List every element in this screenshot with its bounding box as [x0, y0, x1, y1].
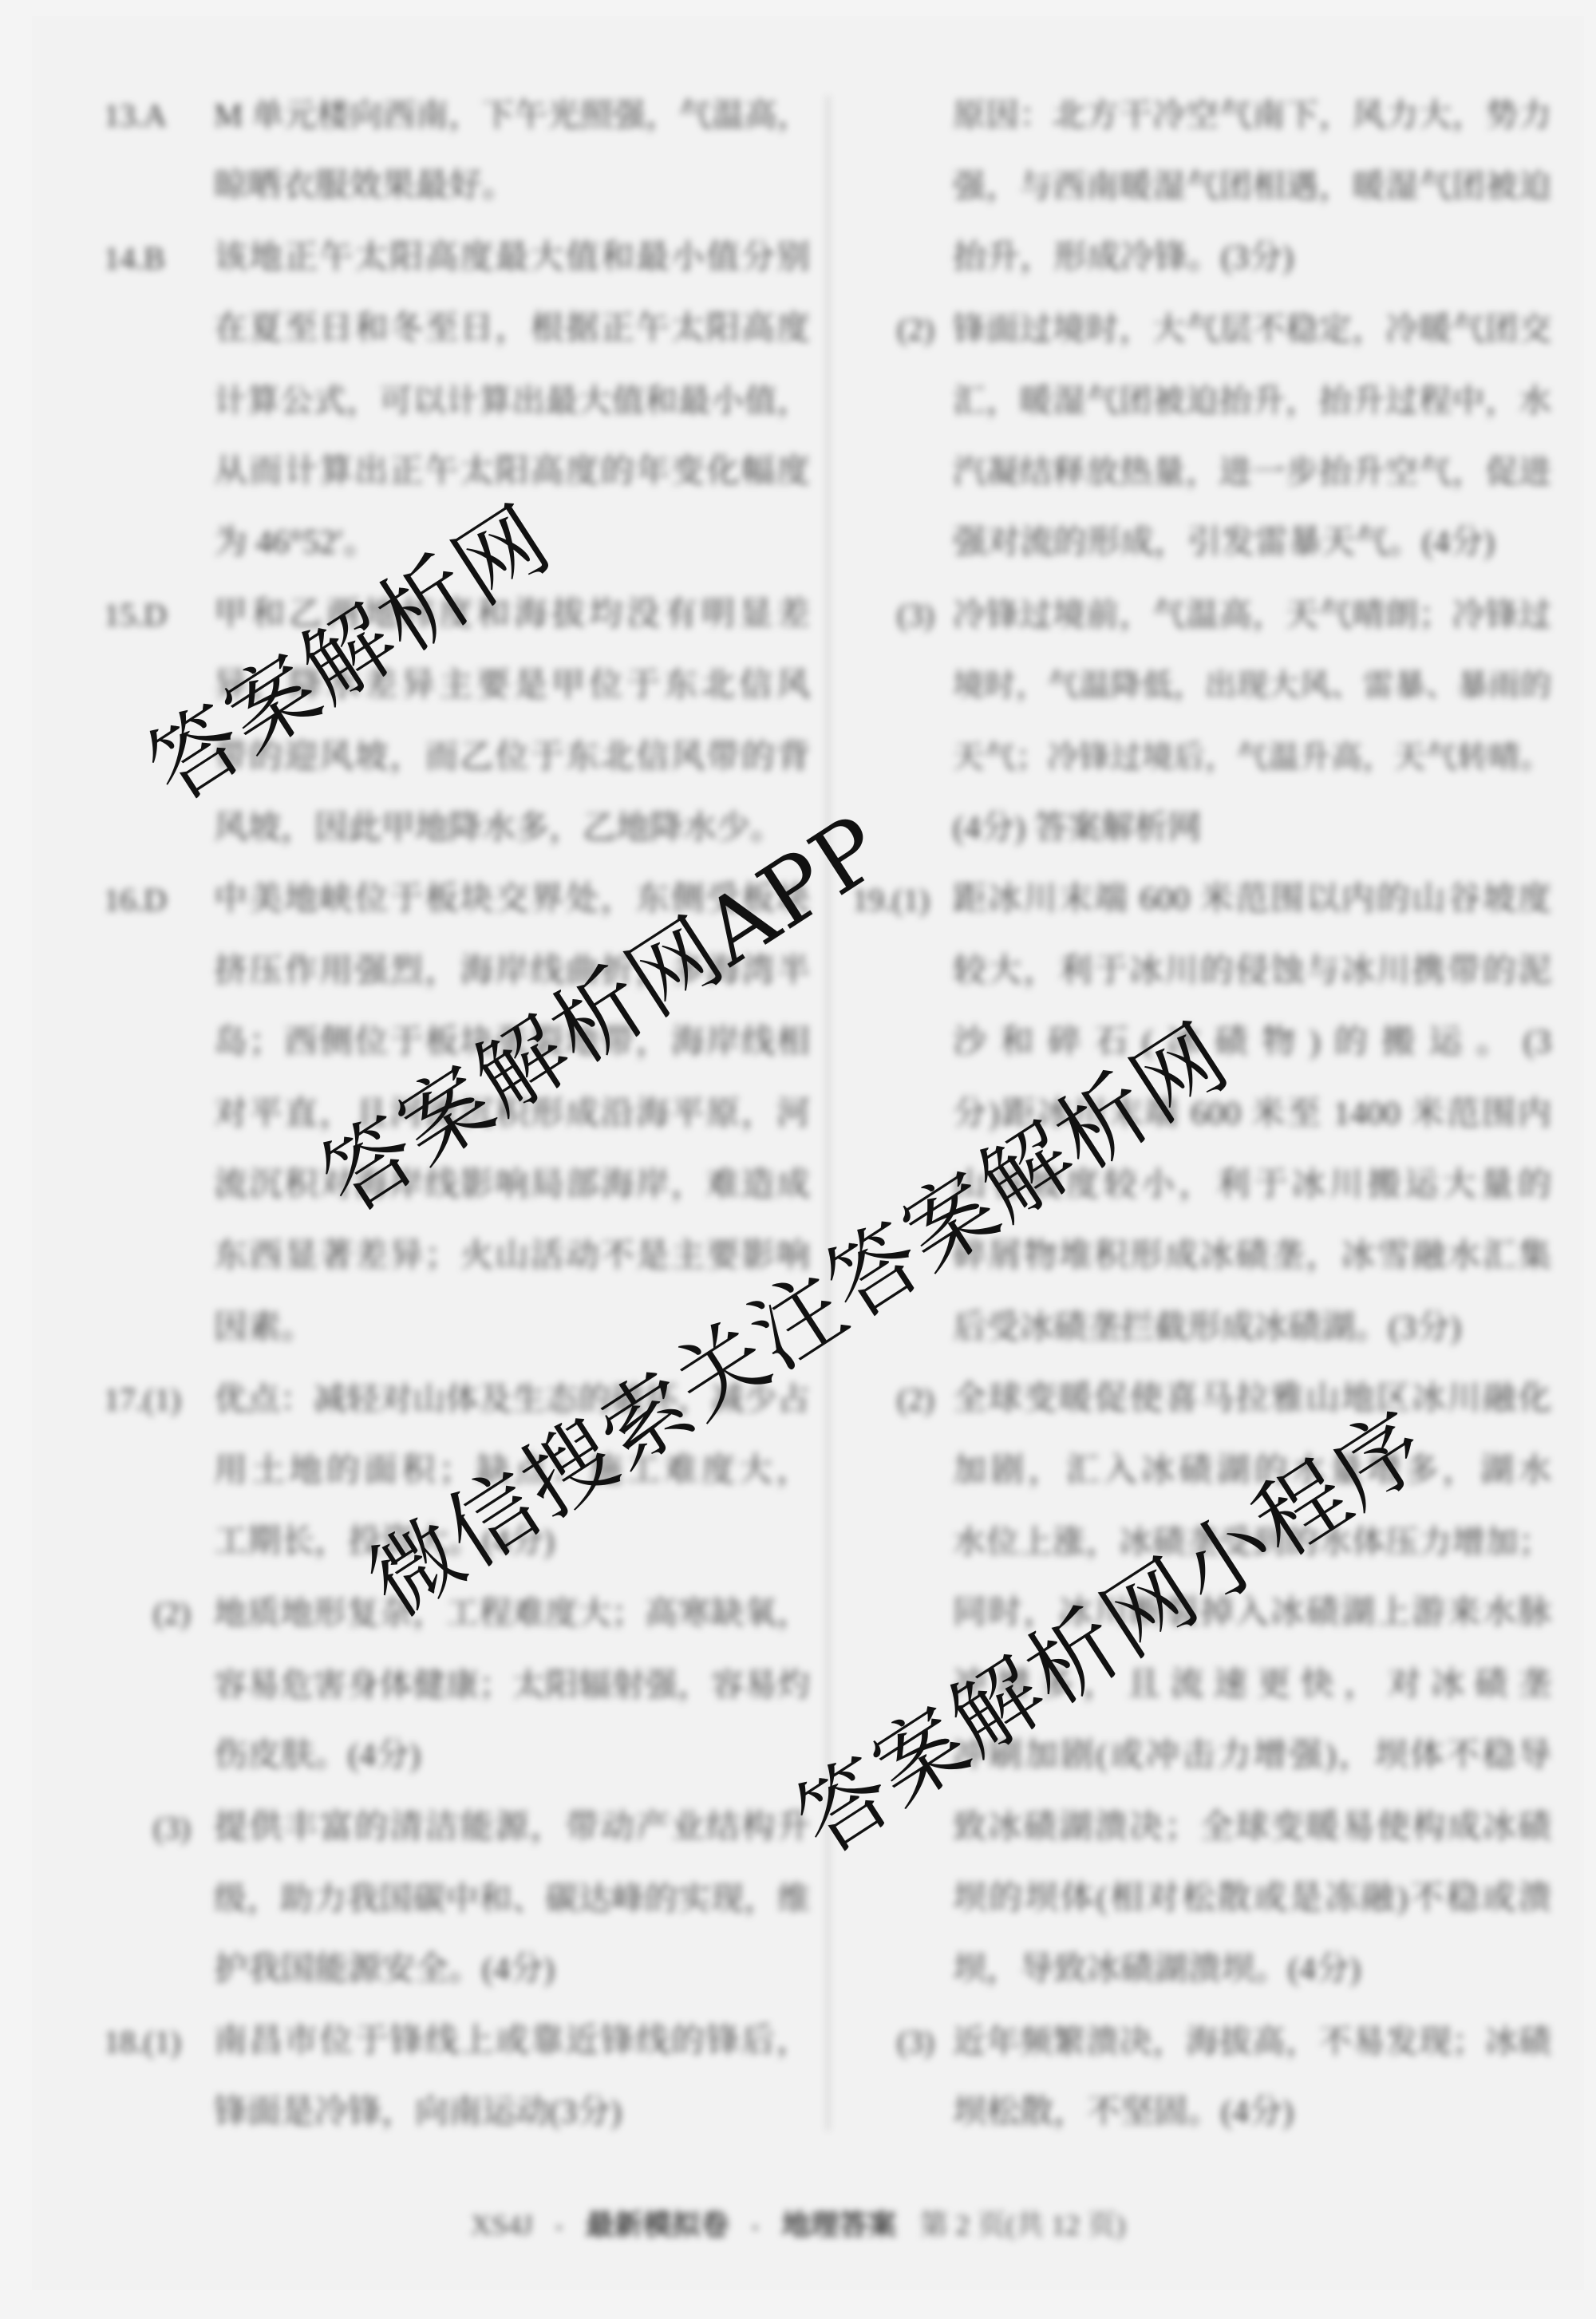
answer-line: 容易危害身体健康；太阳辐射强，容易灼 [104, 1649, 814, 1720]
answer-line: 强对流的形成，引发雷暴天气。(4分) [852, 508, 1555, 579]
answer-text: 冷锋过境前，气温高，天气晴朗；冷锋过 [953, 579, 1551, 650]
page-footer: XS4J • 最新模拟卷 • 地理答案 第 2 页(共 12 页) [0, 2202, 1596, 2243]
answer-line: 抬升，形成冷锋。(3分) [852, 223, 1555, 294]
answer-line: 锋面是冷锋，向南运动(3分) [104, 2077, 814, 2148]
question-number: (2) [897, 1364, 934, 1435]
answer-text: 后受冰碛垄拦截形成冰碛湖。(3分) [953, 1293, 1551, 1364]
question-number: (3) [897, 579, 934, 650]
answer-text: 地质地形复杂，工程难度大；高寒缺氧， [214, 1578, 810, 1649]
answer-line: 境时，气温降低，出现大风、雷暴、暴雨的 [852, 650, 1555, 721]
answer-text: 该地正午太阳高度最大值和最小值分别 [214, 223, 810, 294]
answer-line: 汽凝结释放热量，进一步抬升空气，促进 [852, 437, 1555, 508]
answer-text: 提供丰富的清洁能源，带动产业结构升 [214, 1792, 810, 1863]
answer-line: 坝松散，不坚固。(4分) [852, 2077, 1555, 2148]
answer-line: 东西显著差异；火山活动不是主要影响 [104, 1221, 814, 1292]
answer-text: 级，助力我国碳中和、碳达峰的实现，维 [214, 1863, 810, 1934]
question-number: 17.(1) [104, 1364, 181, 1435]
answer-line: 从而计算出正午太阳高度的年变化幅度 [104, 437, 814, 508]
answer-text: 近年频繁溃决，海拔高，不易发现；冰碛 [953, 2006, 1551, 2077]
question-number: (3) [897, 2006, 934, 2077]
answer-text: 护我国能源安全。(4分) [214, 1934, 810, 2005]
answer-line: (2)锋面过境时，大气层不稳定，冷暖气团交 [852, 294, 1555, 365]
answer-text: 风坡，因此甲地降水多，乙地降水少。 [214, 793, 810, 864]
answer-text: 强，与西南暖湿气团相遇，暖湿气团被迫 [953, 151, 1551, 222]
answer-line: 强，与西南暖湿气团相遇，暖湿气团被迫 [852, 151, 1555, 222]
answer-line: 13.AM 单元楼向西南，下午光照强，气温高， [104, 80, 814, 151]
footer-separator: • [556, 2218, 563, 2238]
answer-line: (2)全球变暖促使喜马拉雅山地区冰川融化 [852, 1364, 1555, 1435]
answer-text: 原因：北方干冷空气南下，风力大，势力 [953, 80, 1551, 151]
answer-text: 汇，暖湿气团被迫抬升，抬升过程中，水 [953, 365, 1551, 437]
answer-line: (4分) 答案解析网 [852, 793, 1555, 864]
answer-text: 天气；冷锋过境后，气温升高，天气转晴。 [953, 722, 1551, 793]
question-number: 18.(1) [104, 2006, 181, 2077]
answer-text: 抬升，形成冷锋。(3分) [953, 223, 1551, 294]
footer-subject: 地理答案 [781, 2209, 896, 2241]
answer-text: 东西显著差异；火山活动不是主要影响 [214, 1221, 810, 1292]
answer-text: 境时，气温降低，出现大风、雷暴、暴雨的 [953, 650, 1551, 721]
answer-line: 汇，暖湿气团被迫抬升，抬升过程中，水 [852, 365, 1555, 437]
answer-text: 强对流的形成，引发雷暴天气。(4分) [953, 508, 1551, 579]
answer-line: 较大，利于冰川的侵蚀与冰川携带的泥 [852, 936, 1555, 1007]
answer-text: 坝的坝体(相对松散或是冻融)不稳或溃 [953, 1863, 1551, 1934]
footer-page-number: 第 2 页(共 12 页) [919, 2209, 1125, 2241]
answer-line: 伤皮肤。(4分) [104, 1720, 814, 1792]
footer-separator: • [753, 2218, 759, 2238]
answer-text: 在夏至日和冬至日，根据正午太阳高度 [214, 294, 810, 365]
answer-line: (3)冷锋过境前，气温高，天气晴朗；冷锋过 [852, 579, 1555, 650]
answer-text: 计算公式，可以计算出最大值和最小值， [214, 365, 810, 437]
answer-line: 计算公式，可以计算出最大值和最小值， [104, 365, 814, 437]
footer-series: 最新模拟卷 [586, 2209, 729, 2241]
answer-text: 全球变暖促使喜马拉雅山地区冰川融化 [953, 1364, 1551, 1435]
footer-code: XS4J [471, 2209, 533, 2241]
answer-line: 致冰碛湖溃决；全球变暖易使构成冰碛 [852, 1792, 1555, 1863]
answer-line: 坝，导致冰碛湖溃坝。(4分) [852, 1934, 1555, 2005]
question-number: (3) [153, 1792, 191, 1863]
question-number: 14.B [104, 223, 165, 294]
answer-text: 锋面过境时，大气层不稳定，冷暖气团交 [953, 294, 1551, 365]
answer-text: 沙和碎石(冰碛物)的搬运。(3 [953, 1007, 1551, 1078]
answer-text: 碎屑物堆积形成冰碛垄，冰雪融水汇集 [953, 1221, 1551, 1292]
answer-text: 伤皮肤。(4分) [214, 1720, 810, 1792]
answer-line: 在夏至日和冬至日，根据正午太阳高度 [104, 294, 814, 365]
answer-text: 流沉积对海岸线影响局部海岸，难造成 [214, 1150, 810, 1221]
answer-line: 晾晒衣服效果最好。 [104, 151, 814, 222]
question-number: 13.A [104, 80, 167, 151]
answer-text: 坝，导致冰碛湖溃坝。(4分) [953, 1934, 1551, 2005]
answer-text: 较大，利于冰川的侵蚀与冰川携带的泥 [953, 936, 1551, 1007]
answer-line: 护我国能源安全。(4分) [104, 1934, 814, 2005]
answer-line: 后受冰碛垄拦截形成冰碛湖。(3分) [852, 1293, 1555, 1364]
answer-text: 锋面是冷锋，向南运动(3分) [214, 2077, 810, 2148]
question-number: (2) [897, 294, 934, 365]
answer-line: 坝的坝体(相对松散或是冻融)不稳或溃 [852, 1863, 1555, 1934]
question-number: 15.D [104, 579, 167, 650]
answer-text: 致冰碛湖溃决；全球变暖易使构成冰碛 [953, 1792, 1551, 1863]
answer-line: 加剧，汇入冰碛湖的水量增多，湖水 [852, 1436, 1555, 1507]
answer-line: 天气；冷锋过境后，气温升高，天气转晴。 [852, 722, 1555, 793]
answer-text: 晾晒衣服效果最好。 [214, 151, 810, 222]
answer-line: 18.(1)南昌市位于锋线上或靠近锋线的锋后， [104, 2006, 814, 2077]
answer-text: 容易危害身体健康；太阳辐射强，容易灼 [214, 1649, 810, 1720]
answer-line: 级，助力我国碳中和、碳达峰的实现，维 [104, 1863, 814, 1934]
answer-text: 坝松散，不坚固。(4分) [953, 2077, 1551, 2148]
answer-line: 原因：北方干冷空气南下，风力大，势力 [852, 80, 1555, 151]
question-number: 16.D [104, 864, 167, 935]
answer-line: (3)近年频繁溃决，海拔高，不易发现；冰碛 [852, 2006, 1555, 2077]
answer-text: 汽凝结释放热量，进一步抬升空气，促进 [953, 437, 1551, 508]
answer-text: (4分) 答案解析网 [953, 793, 1551, 864]
answer-text: M 单元楼向西南，下午光照强，气温高， [214, 80, 810, 151]
answer-text: 距冰川末端 600 米范围以内的山谷坡度 [953, 864, 1551, 935]
answer-line: 19.(1)距冰川末端 600 米范围以内的山谷坡度 [852, 864, 1555, 935]
answer-text: 南昌市位于锋线上或靠近锋线的锋后， [214, 2006, 810, 2077]
answer-line: (3)提供丰富的清洁能源，带动产业结构升 [104, 1792, 814, 1863]
question-number: (2) [153, 1578, 191, 1649]
answer-line: 14.B该地正午太阳高度最大值和最小值分别 [104, 223, 814, 294]
